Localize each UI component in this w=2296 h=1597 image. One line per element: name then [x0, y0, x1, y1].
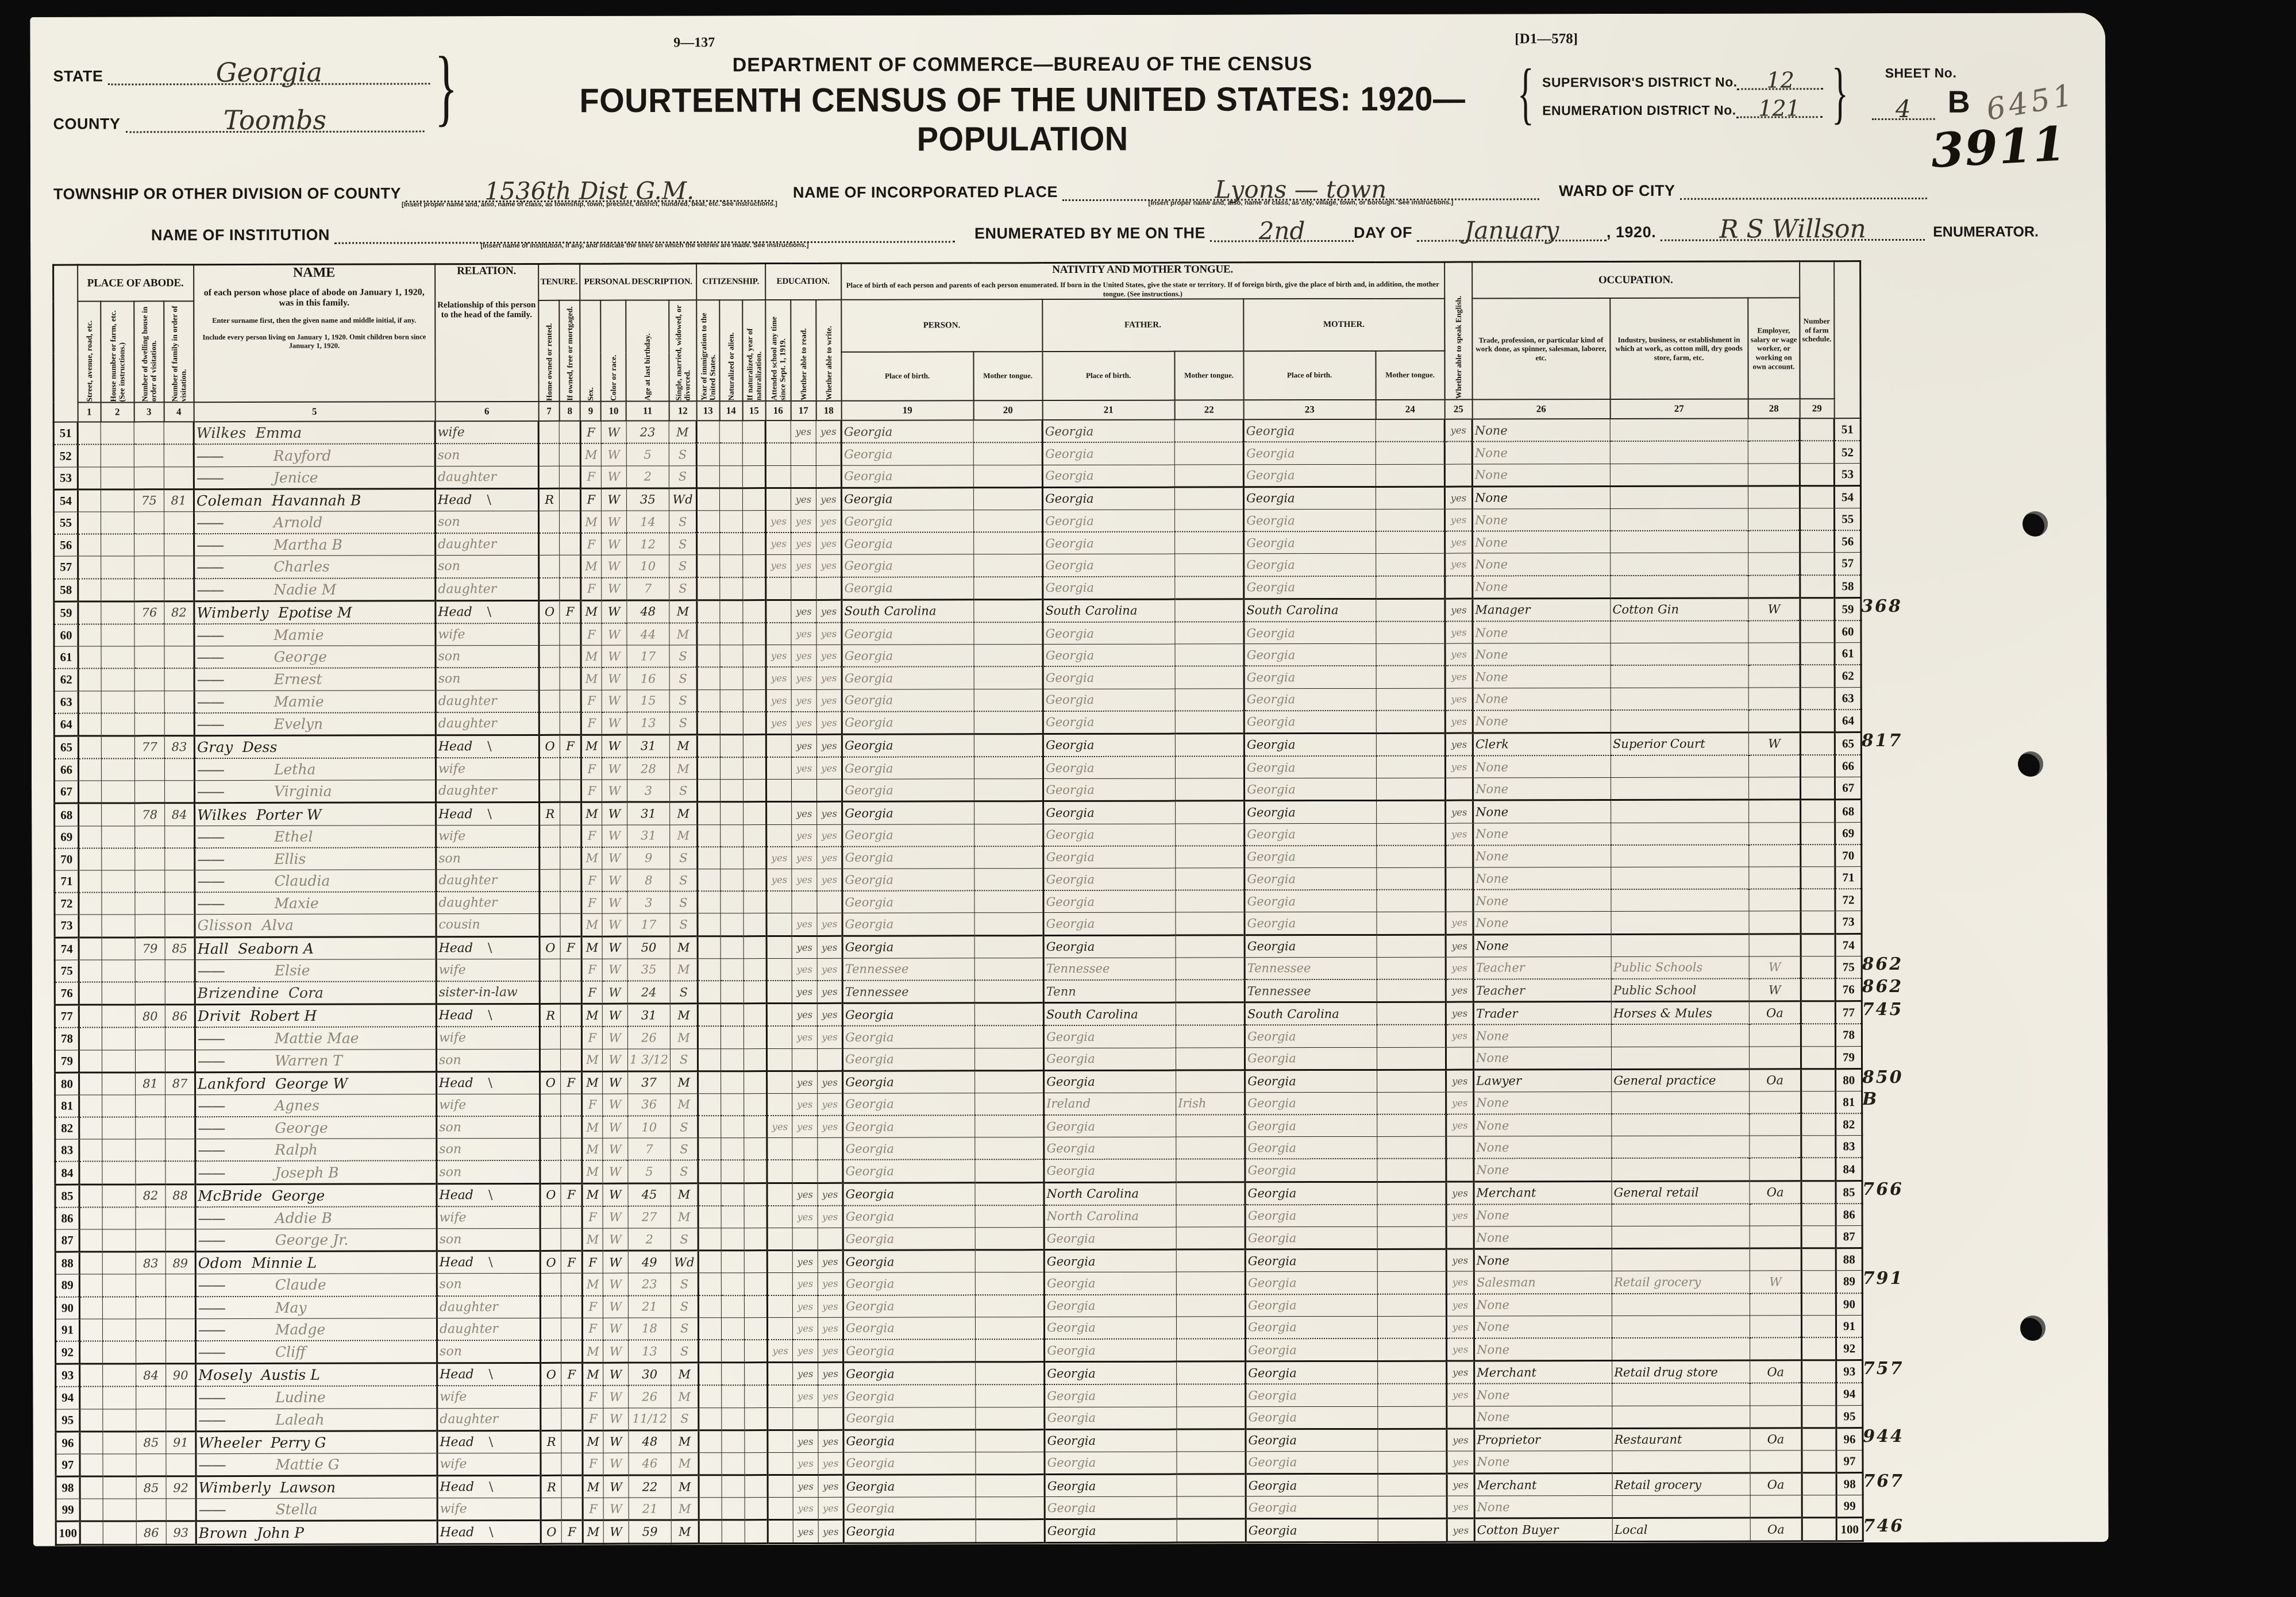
cell-person-mother-tongue [976, 1475, 1045, 1497]
cell-attended-school [766, 1026, 792, 1048]
cell-naturalization-year [745, 1498, 768, 1520]
cell-able-write: yes [818, 1206, 843, 1228]
cell-father-birthplace: Georgia [1043, 666, 1175, 689]
cell-father-birthplace: Georgia [1045, 1317, 1177, 1339]
cell-father-mother-tongue [1176, 1002, 1245, 1025]
cell-attended-school [767, 1295, 792, 1318]
cell-person-mother-tongue [974, 958, 1043, 980]
cell-person-birthplace: Georgia [843, 1452, 976, 1475]
cell-father-birthplace: Georgia [1045, 1429, 1177, 1452]
cell-mother-birthplace: Georgia [1243, 419, 1376, 442]
cell-color: W [601, 421, 626, 443]
cell-home-owned [540, 1318, 561, 1340]
supervisor-district-field: 12 [1738, 67, 1824, 90]
cell-able-write [816, 465, 841, 488]
cell-immigration-year [698, 913, 721, 936]
cell-person-mother-tongue [974, 824, 1043, 846]
cell-immigration-year [696, 421, 719, 443]
cell-occupation: None [1474, 1316, 1612, 1338]
cell-employer-class [1748, 755, 1800, 777]
cell-age: 26 [627, 1027, 670, 1049]
cell-house-number [102, 870, 135, 893]
cell-sex: M [581, 936, 602, 959]
cell-relation: Head\ [436, 735, 539, 758]
cell-owned-free: F [560, 735, 581, 758]
father-place-of-birth-label: Place of birth. [1042, 351, 1174, 400]
cell-color: W [602, 1027, 627, 1049]
cell-dwelling-number [134, 624, 164, 646]
cell-color: W [602, 847, 627, 869]
cell-farm-schedule [1801, 1001, 1835, 1024]
cell-mother-mother-tongue [1378, 1473, 1447, 1496]
cell-father-mother-tongue [1176, 1137, 1245, 1159]
state-label: STATE [53, 68, 103, 86]
line-number: 52 [53, 445, 78, 467]
cell-mother-mother-tongue [1376, 666, 1445, 688]
cell-mother-birthplace: Georgia [1245, 1249, 1377, 1272]
cell-house-number [101, 646, 134, 669]
cell-home-owned: O [539, 735, 560, 758]
cell-occupation: None [1474, 1406, 1612, 1429]
cell-father-birthplace: Tennessee [1043, 958, 1176, 980]
cell-occupation: None [1473, 800, 1611, 823]
cell-father-mother-tongue [1177, 1496, 1246, 1519]
cell-person-mother-tongue [976, 1407, 1045, 1429]
cell-employer-class: W [1748, 598, 1800, 621]
cell-mother-birthplace: Georgia [1245, 1294, 1377, 1316]
cell-employer-class: Oa [1750, 1473, 1802, 1495]
cell-farm-schedule [1800, 508, 1835, 531]
cell-home-owned: O [541, 1363, 562, 1386]
cell-dwelling-number: 78 [135, 803, 165, 825]
line-number: 54 [53, 489, 78, 512]
cell-industry [1611, 844, 1749, 867]
cell-sex: F [581, 959, 602, 981]
cell-dwelling-number: 83 [136, 1252, 165, 1274]
cell-able-write [817, 780, 842, 802]
cell-employer-class [1750, 1405, 1802, 1428]
cell-mother-birthplace: Georgia [1245, 1092, 1377, 1114]
cell-name: Drivit Robert H [195, 1004, 436, 1028]
cell-speaks-english [1446, 845, 1473, 867]
cell-speaks-english: yes [1445, 487, 1473, 509]
cell-attended-school [768, 1520, 793, 1543]
table-row: 747985Hall Seaborn AHead\OFMW50MyesyesGe… [55, 933, 1862, 960]
column-owned-free: If owned, free or mortgaged. [559, 300, 580, 402]
cell-owned-free [560, 780, 581, 803]
line-number-right: 76862 [1835, 978, 1862, 1001]
cell-industry [1612, 1316, 1750, 1338]
cell-house-number [102, 915, 135, 937]
cell-able-write [818, 1138, 843, 1160]
cell-farm-schedule [1800, 530, 1835, 553]
cell-naturalization-year [744, 1071, 767, 1093]
cell-family-number [164, 646, 194, 669]
cell-father-birthplace: Georgia [1045, 1452, 1177, 1475]
cell-farm-schedule [1800, 620, 1835, 643]
cell-sex: F [581, 869, 602, 892]
cell-relation: Head\ [437, 1251, 540, 1274]
cell-father-mother-tongue [1175, 622, 1244, 644]
cell-family-number [165, 1095, 195, 1117]
cell-occupation: Manager [1473, 598, 1611, 621]
cell-family-number [165, 1207, 195, 1229]
cell-able-read [792, 891, 817, 913]
line-number: 96 [56, 1432, 80, 1454]
cell-house-number [103, 1364, 136, 1387]
cell-naturalization-year [744, 1183, 767, 1206]
cell-naturalization-year [743, 869, 766, 892]
cell-home-owned [540, 1094, 561, 1116]
cell-occupation: None [1473, 553, 1611, 576]
census-table: PLACE OF ABODE. NAME of each person whos… [52, 260, 1864, 1545]
cell-able-read: yes [791, 734, 816, 757]
cell-naturalization-year [743, 645, 766, 668]
cell-owned-free: F [560, 600, 581, 623]
cell-attended-school: yes [766, 511, 791, 533]
district-block: [D1—578] { SUPERVISOR'S DISTRICT No. 12 … [1509, 30, 2089, 155]
line-number: 73 [55, 915, 79, 937]
cell-farm-schedule [1801, 844, 1835, 867]
cell-able-read: yes [793, 1385, 818, 1407]
cell-name: ——Charles [194, 556, 436, 578]
cell-person-birthplace: Georgia [843, 1048, 975, 1071]
cell-speaks-english [1445, 576, 1473, 599]
cell-name: Wilkes Emma [194, 422, 435, 445]
cell-mother-mother-tongue [1378, 1406, 1447, 1429]
column-home-owned: Home owned or rented. [538, 300, 560, 402]
cell-marital-status: M [669, 757, 697, 780]
group-relation: RELATION. Relationship of this person to… [435, 264, 539, 402]
cell-home-owned [540, 981, 561, 1004]
cell-employer-class: W [1748, 732, 1800, 755]
cell-age: 31 [627, 735, 669, 758]
cell-family-number [165, 1318, 195, 1341]
stamp-number-bottom: 3911 [1929, 116, 2068, 179]
cell-able-write [818, 1228, 843, 1250]
cell-immigration-year [697, 577, 720, 600]
enumerator-label: ENUMERATOR. [1933, 223, 2039, 240]
table-row: 64——EvelyndaughterFW13SyesyesyesGeorgiaG… [54, 709, 1861, 736]
cell-farm-schedule [1801, 1203, 1836, 1226]
line-number: 86 [55, 1207, 79, 1229]
cell-mother-birthplace: Georgia [1245, 1159, 1377, 1182]
cell-attended-school [766, 981, 792, 1004]
cell-street [79, 1139, 102, 1162]
cell-relation: daughter [436, 892, 540, 914]
cell-farm-schedule [1801, 777, 1835, 800]
sheet-number-field: 4 [1871, 94, 1935, 119]
township-field: 1536th Dist G.M. [Insert proper name and… [406, 176, 773, 202]
cell-person-birthplace: South Carolina [842, 600, 974, 623]
cell-attended-school [765, 421, 791, 443]
line-number: 56 [54, 534, 78, 557]
cell-father-birthplace: Georgia [1043, 868, 1176, 890]
cell-father-birthplace: North Carolina [1044, 1205, 1176, 1227]
cell-age: 37 [627, 1071, 670, 1094]
cell-person-birthplace: Georgia [843, 1362, 976, 1385]
cell-naturalized [722, 1475, 745, 1498]
cell-employer-class [1748, 553, 1800, 575]
cell-person-birthplace: Georgia [843, 1272, 975, 1295]
cell-dwelling-number: 79 [135, 937, 165, 959]
cell-family-number [165, 959, 195, 982]
cell-mother-birthplace: South Carolina [1245, 1002, 1377, 1025]
cell-house-number [102, 826, 135, 848]
column-sex: Sex. [580, 300, 601, 402]
table-row: 67——VirginiadaughterFW3SGeorgiaGeorgiaGe… [55, 777, 1862, 804]
cell-industry [1610, 441, 1748, 464]
table-row: 91——MadgedaughterFW18SyesyesGeorgiaGeorg… [55, 1315, 1862, 1341]
cell-house-number [102, 893, 135, 915]
cell-name: ——Arnold [194, 511, 436, 534]
line-number-right: 53 [1834, 463, 1860, 485]
cell-street [78, 467, 101, 489]
cell-industry [1611, 800, 1749, 823]
cell-naturalized [720, 645, 743, 668]
cell-occupation: None [1474, 1047, 1612, 1070]
cell-attended-school [766, 600, 791, 623]
cell-speaks-english: yes [1447, 1518, 1474, 1541]
cell-father-mother-tongue [1175, 576, 1244, 599]
cell-marital-status: S [671, 1407, 699, 1430]
cell-name: ——Warren T [195, 1049, 436, 1072]
table-row: 57——CharlessonMW10SyesyesyesGeorgiaGeorg… [54, 553, 1861, 578]
cell-home-owned [540, 1027, 561, 1049]
cell-speaks-english: yes [1445, 531, 1473, 554]
cell-able-write: yes [818, 1362, 843, 1385]
cell-person-birthplace: Georgia [842, 935, 974, 958]
cell-industry: General practice [1612, 1069, 1750, 1092]
cell-marital-status: S [671, 1318, 699, 1340]
cell-name: ——Joseph B [195, 1161, 437, 1185]
cell-home-owned: R [541, 1430, 562, 1453]
cell-color: W [602, 690, 627, 712]
cell-street [80, 1432, 103, 1454]
cell-father-mother-tongue [1177, 1361, 1246, 1384]
table-row: 92——CliffsonMW13SyesyesyesGeorgiaGeorgia… [56, 1337, 1863, 1364]
cell-industry: Retail grocery [1612, 1473, 1750, 1496]
cell-able-write: yes [816, 600, 842, 623]
cell-sex: F [581, 981, 602, 1004]
cell-attended-school: yes [766, 689, 791, 712]
cell-marital-status: M [670, 1004, 698, 1027]
table-row: 55——ArnoldsonMW14SyesyesyesGeorgiaGeorgi… [54, 508, 1861, 534]
cell-farm-schedule [1801, 1248, 1836, 1271]
cell-family-number: 89 [165, 1252, 195, 1274]
cell-house-number [102, 1274, 136, 1297]
cell-street [78, 691, 101, 713]
cell-house-number [102, 1207, 136, 1229]
cell-person-birthplace: Georgia [842, 689, 974, 711]
cell-street [79, 1028, 102, 1050]
cell-occupation: None [1474, 1091, 1612, 1114]
table-row: 597682Wimberly Epotise MHead\OFMW48Myesy… [54, 597, 1861, 624]
cell-sex: M [583, 1475, 603, 1498]
cell-house-number [101, 691, 134, 713]
cell-able-write: yes [816, 488, 842, 510]
cell-house-number [101, 601, 134, 624]
cell-farm-schedule [1800, 643, 1835, 665]
cell-street [79, 1319, 102, 1341]
cell-dwelling-number: 76 [134, 601, 164, 624]
sheet-number-value: 4 [1871, 94, 1935, 122]
line-number: 99 [56, 1499, 80, 1521]
cell-mother-mother-tongue [1376, 442, 1444, 464]
line-number: 74 [55, 938, 79, 960]
cell-father-birthplace: Georgia [1043, 622, 1175, 645]
table-row: 51Wilkes EmmawifeFW23MyesyesGeorgiaGeorg… [53, 418, 1860, 445]
cell-relation: Head\ [436, 936, 540, 959]
cell-family-number [165, 1229, 195, 1252]
cell-name: ——George [195, 1116, 437, 1139]
cell-father-birthplace: Georgia [1043, 554, 1175, 576]
enumerator-signature-field: R S Willson [1661, 214, 1925, 241]
cell-color: W [603, 1430, 629, 1453]
table-row: 95——LaleahdaughterFW11/12SGeorgiaGeorgia… [56, 1405, 1863, 1432]
cell-able-write: yes [817, 981, 842, 1004]
cell-father-mother-tongue [1175, 666, 1244, 689]
cell-mother-birthplace: Georgia [1244, 644, 1376, 666]
table-row: 78——Mattie MaewifeFW26MyesyesGeorgiaGeor… [55, 1024, 1862, 1050]
cell-attended-school [768, 1407, 793, 1430]
cell-naturalized [721, 1273, 744, 1295]
cell-mother-birthplace: Georgia [1245, 1025, 1377, 1047]
person-place-of-birth-label: Place of birth. [841, 352, 973, 401]
cell-street [79, 1252, 102, 1274]
cell-family-number [165, 982, 195, 1005]
cell-marital-status: S [669, 465, 696, 488]
cell-sex: F [581, 780, 602, 802]
cell-dwelling-number [134, 445, 164, 467]
cell-sex: M [581, 1004, 602, 1027]
cell-color: W [602, 600, 627, 623]
line-number: 80 [55, 1073, 79, 1095]
cell-relation: wife [437, 1094, 540, 1116]
cell-naturalization-year [745, 1385, 768, 1407]
cell-immigration-year [698, 802, 721, 824]
cell-dwelling-number [134, 646, 164, 669]
line-number-right: 64 [1835, 709, 1861, 732]
cell-owned-free [561, 1004, 582, 1027]
cell-age: 5 [626, 443, 669, 466]
cell-mother-mother-tongue [1376, 622, 1445, 644]
cell-name: ——Mamie [194, 623, 436, 646]
cell-speaks-english: yes [1446, 979, 1473, 1002]
cell-employer-class [1748, 508, 1800, 531]
cell-sex: F [581, 712, 602, 735]
cell-color: W [603, 1408, 629, 1430]
cell-person-mother-tongue [974, 1003, 1043, 1026]
cell-color: W [602, 623, 627, 646]
cell-speaks-english: yes [1447, 1384, 1474, 1406]
cell-person-birthplace: Georgia [842, 711, 974, 734]
table-row: 73Glisson AlvacousinMW17SyesyesGeorgiaGe… [55, 911, 1862, 938]
cell-owned-free [560, 577, 581, 600]
cell-able-write: yes [818, 1183, 843, 1206]
table-row: 94——LudinewifeFW26MyesyesGeorgiaGeorgiaG… [56, 1383, 1863, 1409]
cell-person-birthplace: Georgia [842, 757, 974, 779]
cell-home-owned [540, 1295, 561, 1318]
cell-house-number [101, 467, 134, 489]
cell-relation: son [436, 556, 539, 578]
cell-person-mother-tongue [976, 1429, 1045, 1452]
cell-able-read [792, 1138, 818, 1160]
cell-mother-birthplace: Georgia [1244, 756, 1376, 778]
line-number: 72 [55, 893, 79, 915]
cell-owned-free [561, 1386, 583, 1408]
cell-person-birthplace: Georgia [842, 801, 974, 824]
line-number-right: 95 [1836, 1405, 1863, 1428]
cell-farm-schedule [1801, 911, 1835, 933]
cell-speaks-english: yes [1447, 1496, 1474, 1518]
cell-speaks-english: yes [1446, 957, 1473, 979]
cell-family-number [165, 892, 195, 915]
cell-farm-schedule [1801, 867, 1835, 889]
table-row: 1008693Brown John PHead\OFMW59MyesyesGeo… [56, 1518, 1863, 1545]
cell-naturalized [720, 555, 743, 577]
group-occupation: OCCUPATION. [1472, 261, 1800, 299]
group-citizenship: CITIZENSHIP. [696, 264, 765, 300]
cell-sex: F [581, 892, 602, 914]
cell-industry [1612, 1226, 1750, 1249]
cell-street [78, 759, 101, 781]
cell-family-number: 91 [166, 1431, 196, 1453]
cell-marital-status: S [671, 1295, 698, 1318]
cell-person-birthplace: Tennessee [842, 980, 974, 1003]
cell-street [79, 1274, 102, 1297]
line-number: 91 [55, 1319, 79, 1341]
cell-naturalization-year [743, 488, 766, 510]
cell-naturalization-year [742, 465, 765, 488]
cell-age: 7 [627, 577, 669, 600]
cell-able-write [816, 577, 842, 600]
cell-naturalization-year [744, 1228, 767, 1251]
cell-industry [1611, 911, 1749, 934]
cell-relation: Head\ [437, 1363, 541, 1386]
table-row: 687884Wilkes Porter WHead\RMW31MyesyesGe… [55, 800, 1862, 826]
cell-sex: F [581, 1027, 602, 1049]
line-number: 53 [53, 467, 78, 489]
cell-home-owned [538, 421, 560, 443]
cell-father-mother-tongue [1177, 1452, 1246, 1474]
cell-street [79, 1095, 102, 1117]
cell-name: ——Virginia [195, 780, 436, 803]
cell-father-mother-tongue [1176, 778, 1245, 801]
cell-attended-school [766, 913, 792, 936]
cell-naturalization-year [743, 981, 766, 1004]
cell-owned-free [561, 1430, 583, 1453]
cell-farm-schedule [1802, 1315, 1836, 1337]
cell-industry: Public School [1611, 978, 1749, 1001]
cell-name: ——Rayford [194, 444, 435, 467]
line-number: 67 [55, 781, 79, 803]
cell-able-read: yes [792, 1206, 818, 1228]
cell-street [78, 512, 101, 534]
cell-name: ——Claudia [195, 870, 436, 893]
cell-owned-free [560, 421, 581, 443]
cell-attended-school [766, 488, 791, 510]
cell-farm-schedule [1800, 687, 1835, 709]
line-number: 70 [55, 848, 79, 870]
cell-color: W [602, 869, 627, 892]
line-number: 65 [54, 736, 78, 759]
cell-father-birthplace: North Carolina [1044, 1182, 1176, 1205]
cell-naturalization-year [743, 533, 766, 555]
cell-attended-school [766, 891, 792, 913]
cell-father-mother-tongue [1176, 1114, 1245, 1137]
cell-father-birthplace: Georgia [1045, 1496, 1177, 1519]
